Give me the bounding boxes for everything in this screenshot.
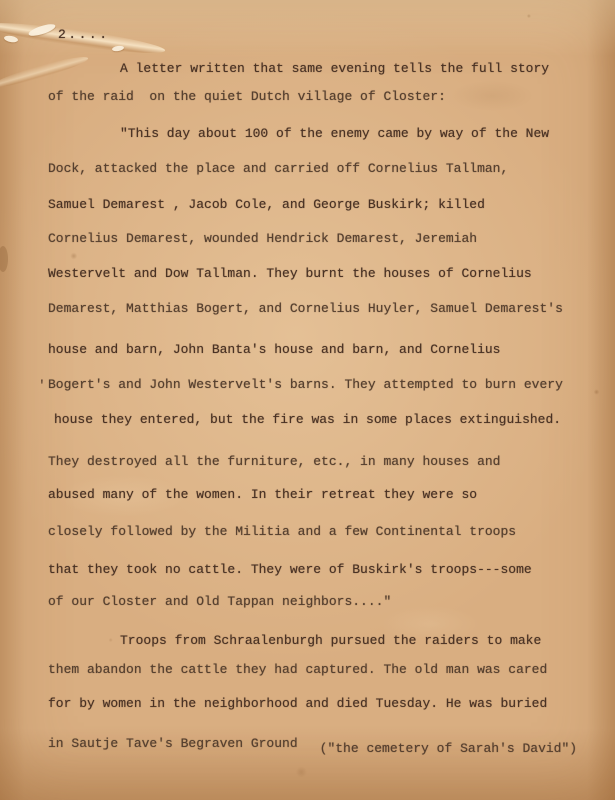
typed-line: closely followed by the Militia and a fe… — [48, 524, 516, 540]
typed-line: house and barn, John Banta's house and b… — [48, 342, 500, 358]
typed-line: Cornelius Demarest, wounded Hendrick Dem… — [48, 231, 477, 247]
typed-line: abused many of the women. In their retre… — [48, 487, 477, 503]
typewritten-page: 2.... A letter written that same evening… — [0, 0, 615, 800]
typed-line: Dock, attacked the place and carried off… — [48, 161, 508, 177]
stray-ink-mark: ' — [38, 378, 46, 393]
typed-line: Westervelt and Dow Tallman. They burnt t… — [48, 266, 532, 282]
typed-line: that they took no cattle. They were of B… — [48, 562, 532, 578]
typed-line-text: Cornelius Demarest, wounded Hendrick Dem… — [48, 231, 477, 246]
typed-line-text: A letter written that same evening tells… — [120, 61, 549, 76]
typed-line-text: They destroyed all the furniture, etc., … — [48, 454, 500, 469]
typed-line-text: of the raid on the quiet Dutch village o… — [48, 89, 446, 104]
typed-line-aside: ("the cemetery of Sarah's David") — [320, 741, 577, 757]
typed-line-text: them abandon the cattle they had capture… — [48, 662, 547, 677]
typed-line: house they entered, but the fire was in … — [54, 412, 561, 428]
typed-line-text: Samuel Demarest , Jacob Cole, and George… — [48, 197, 485, 212]
typed-line-text: for by women in the neighborhood and die… — [48, 696, 547, 711]
typed-line-text: Bogert's and John Westervelt's barns. Th… — [48, 377, 563, 392]
typed-line: Bogert's and John Westervelt's barns. Th… — [48, 377, 563, 393]
typed-line: them abandon the cattle they had capture… — [48, 662, 547, 678]
typed-line-text: in Sautje Tave's Begraven Ground — [48, 736, 298, 751]
typed-line: "This day about 100 of the enemy came by… — [120, 126, 549, 142]
typed-line-text: Troops from Schraalenburgh pursued the r… — [120, 633, 541, 648]
typed-line: They destroyed all the furniture, etc., … — [48, 454, 500, 470]
typed-line-text: house and barn, John Banta's house and b… — [48, 342, 500, 357]
letter-body: A letter written that same evening tells… — [0, 0, 615, 800]
typed-line: of the raid on the quiet Dutch village o… — [48, 89, 446, 105]
typed-line: of our Closter and Old Tappan neighbors.… — [48, 594, 391, 610]
typed-line-text: closely followed by the Militia and a fe… — [48, 524, 516, 539]
typed-line: Samuel Demarest , Jacob Cole, and George… — [48, 197, 485, 213]
typed-line: Demarest, Matthias Bogert, and Cornelius… — [48, 301, 563, 317]
typed-line-text: "This day about 100 of the enemy came by… — [120, 126, 549, 141]
typed-line-text: abused many of the women. In their retre… — [48, 487, 477, 502]
typed-line-text: Westervelt and Dow Tallman. They burnt t… — [48, 266, 532, 281]
typed-line: in Sautje Tave's Begraven Ground("the ce… — [48, 736, 577, 752]
typed-line: Troops from Schraalenburgh pursued the r… — [120, 633, 541, 649]
typed-line-text: Dock, attacked the place and carried off… — [48, 161, 508, 176]
typed-line: A letter written that same evening tells… — [120, 61, 549, 77]
typed-line-text: house they entered, but the fire was in … — [54, 412, 561, 427]
typed-line-text: Demarest, Matthias Bogert, and Cornelius… — [48, 301, 563, 316]
typed-line-text: of our Closter and Old Tappan neighbors.… — [48, 594, 391, 609]
typed-line: for by women in the neighborhood and die… — [48, 696, 547, 712]
typed-line-text: that they took no cattle. They were of B… — [48, 562, 532, 577]
